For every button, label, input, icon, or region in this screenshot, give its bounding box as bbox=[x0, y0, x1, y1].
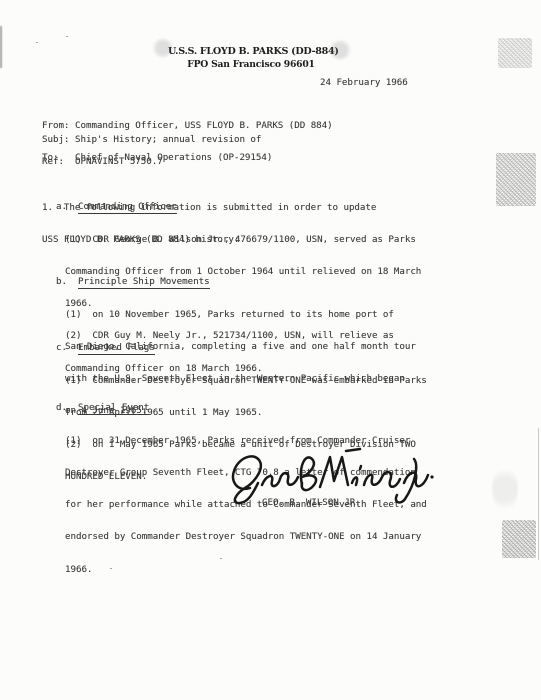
subject-label: Subj: bbox=[42, 135, 75, 146]
section-a-label: a. bbox=[56, 202, 78, 213]
section-a-title: Commanding Officer bbox=[78, 201, 177, 214]
scan-speck bbox=[110, 568, 112, 569]
ghost-stamp-right bbox=[328, 40, 352, 60]
letterhead-ship-name: U.S.S. FLOYD B. PARKS (DD-884) bbox=[168, 46, 334, 57]
scan-speck bbox=[220, 558, 222, 559]
section-c-line: (1) Commander Destroyer Squadron TWENTY-… bbox=[65, 376, 427, 387]
reference-value: OPNAVINST 5750.7 bbox=[75, 156, 163, 167]
section-d-label: d. bbox=[56, 403, 78, 414]
reference-label: Ref: bbox=[42, 157, 75, 168]
section-b-heading: b.Principle Ship Movements bbox=[56, 277, 210, 288]
scan-edge-mark-left bbox=[0, 26, 2, 68]
from-line: From:Commanding Officer, USS FLOYD B. PA… bbox=[42, 121, 333, 132]
section-c-heading: c.Embarked Flags bbox=[56, 343, 155, 354]
section-b-title: Principle Ship Movements bbox=[78, 276, 210, 289]
from-value: Commanding Officer, USS FLOYD B. PARKS (… bbox=[75, 120, 333, 131]
scan-speck bbox=[36, 42, 38, 43]
section-d-line: (1) on 31 December 1965, Parks received … bbox=[65, 436, 427, 447]
subject-value: Ship's History; annual revision of bbox=[75, 134, 261, 145]
section-c-label: c. bbox=[56, 343, 78, 354]
section-b-label: b. bbox=[56, 277, 78, 288]
scan-smudge-bottom-right bbox=[502, 520, 536, 558]
section-d-title: Special Event bbox=[78, 402, 149, 415]
section-a-line: (1) CDR George B. Wilson Jr., 476679/110… bbox=[65, 235, 421, 246]
scan-speck bbox=[66, 36, 68, 37]
section-d-heading: d.Special Event bbox=[56, 403, 149, 414]
subject-line: Subj:Ship's History; annual revision of bbox=[42, 135, 261, 146]
date-line: 24 February 1966 bbox=[320, 78, 408, 89]
ghost-scribble-right bbox=[492, 465, 518, 513]
scan-smudge-top-right bbox=[498, 38, 532, 68]
signature-typed-name: GEO. B. WILSON JR. bbox=[262, 498, 361, 509]
scan-smudge-middle-right bbox=[496, 153, 536, 206]
letterhead-address: FPO San Francisco 96601 bbox=[168, 59, 334, 70]
ghost-stamp-left bbox=[152, 38, 174, 58]
scan-edge-mark-right bbox=[538, 428, 539, 560]
letterhead: U.S.S. FLOYD B. PARKS (DD-884) FPO San F… bbox=[168, 46, 334, 70]
section-d-line: 1966. bbox=[65, 565, 427, 576]
section-b-line: (1) on 10 November 1965, Parks returned … bbox=[65, 310, 416, 321]
section-d-line: endorsed by Commander Destroyer Squadron… bbox=[65, 532, 427, 543]
section-a-heading: a.Commanding Officer bbox=[56, 202, 177, 213]
reference-line: Ref:OPNAVINST 5750.7 bbox=[42, 157, 163, 168]
section-c-title: Embarked Flags bbox=[78, 342, 155, 355]
document-page: U.S.S. FLOYD B. PARKS (DD-884) FPO San F… bbox=[0, 0, 541, 700]
from-label: From: bbox=[42, 121, 75, 132]
